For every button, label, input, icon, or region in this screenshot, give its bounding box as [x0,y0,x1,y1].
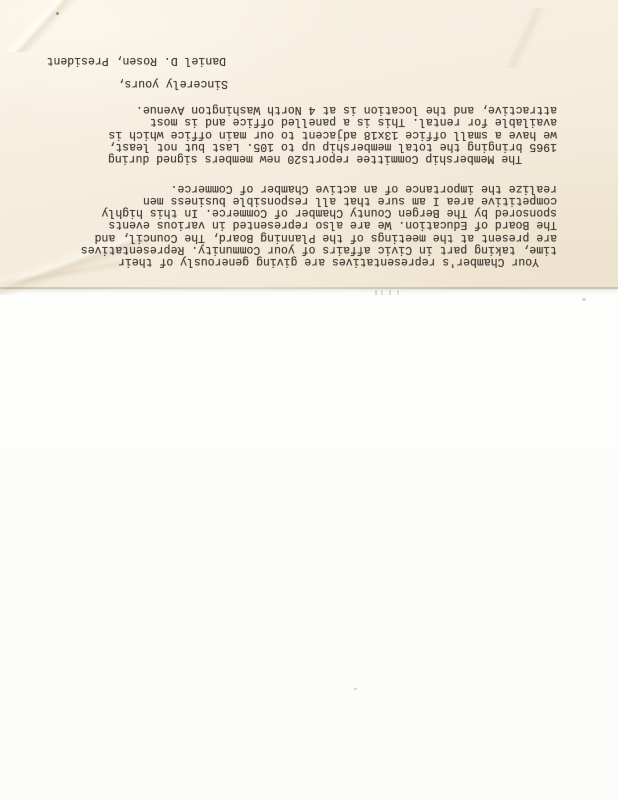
letter-sheet: Your Chamber's representatives are givin… [0,0,618,288]
letter-signature-line: Daniel D. Rosen, President [47,54,226,66]
letter-paragraph-representatives: Your Chamber's representatives are givin… [37,182,557,267]
scanned-letter-page: Your Chamber's representatives are givin… [0,0,618,800]
letter-paragraph-membership: The Membership Committee reports20 new m… [37,103,557,164]
pencil-mark [375,290,409,295]
paper-speck [354,688,357,690]
letter-rotated-content: Your Chamber's representatives are givin… [0,0,618,288]
paper-speck [582,298,586,301]
letter-closing: Sincerely yours, [118,77,228,89]
